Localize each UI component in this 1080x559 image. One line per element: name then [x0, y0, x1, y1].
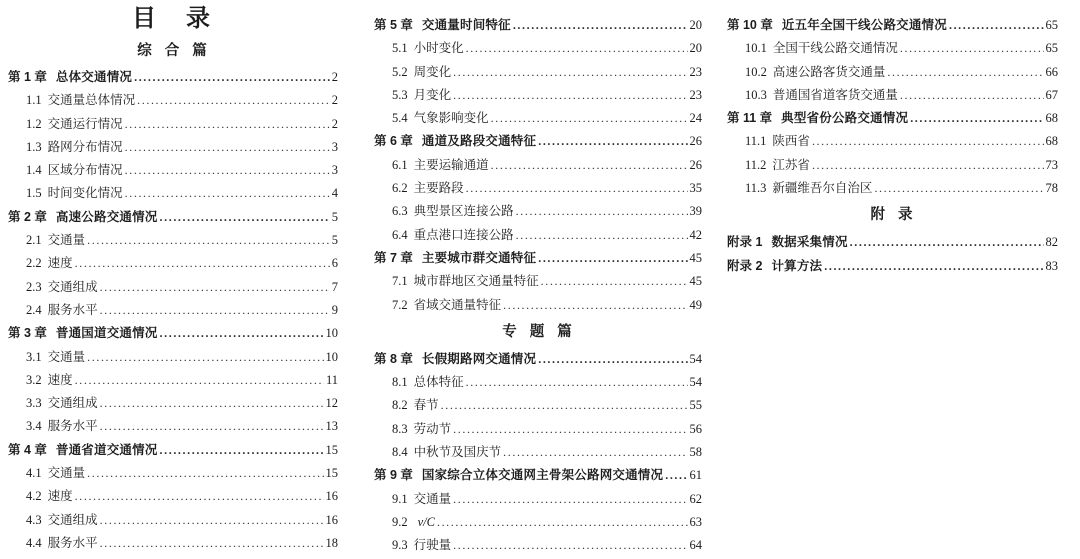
- toc-chapter: 第 2 章高速公路交通情况5: [8, 206, 338, 229]
- toc-appendix: 附录 1数据采集情况82: [727, 231, 1058, 254]
- toc-item-title: 交通组成: [48, 276, 98, 299]
- toc-item-number: 11.1: [745, 130, 766, 153]
- toc-item-number: 9.1: [392, 488, 408, 511]
- dot-leader: [874, 177, 1043, 200]
- toc-item-page-number: 4: [332, 182, 338, 205]
- toc-chapter: 第 5 章交通量时间特征20: [374, 14, 702, 37]
- toc-item-number: 5.3: [392, 84, 408, 107]
- toc-item-title: 普通省道交通情况: [56, 439, 158, 462]
- toc-item-number: 1.5: [26, 182, 42, 205]
- toc-item-number: 8.1: [392, 371, 408, 394]
- section-heading: 专 题 篇: [374, 317, 702, 348]
- dot-leader: [453, 84, 687, 107]
- toc-item-title: 交通量: [48, 229, 86, 252]
- toc-appendix: 附录 2计算方法83: [727, 255, 1058, 278]
- toc-item-page-number: 35: [690, 177, 703, 200]
- toc-item-number: 11.2: [745, 154, 766, 177]
- toc-item-title: 服务水平: [48, 532, 98, 555]
- dot-leader: [812, 154, 1044, 177]
- toc-item-page-number: 10: [326, 322, 339, 345]
- toc-item-number: 第 1 章: [8, 66, 47, 89]
- toc-item-page-number: 24: [690, 107, 703, 130]
- dot-leader: [812, 130, 1044, 153]
- toc-item-page-number: 66: [1046, 61, 1059, 84]
- toc-item-number: 5.2: [392, 61, 408, 84]
- toc-item-page-number: 12: [326, 392, 339, 415]
- dot-leader: [910, 107, 1043, 130]
- toc-item-title: 交通量: [48, 346, 86, 369]
- toc-item-title: 月变化: [414, 84, 452, 107]
- toc-entry: 7.2省域交通量特征49: [374, 294, 702, 317]
- toc-entry: 6.3典型景区连接公路39: [374, 200, 702, 223]
- toc-item-page-number: 61: [690, 464, 703, 487]
- toc-item-number: 6.3: [392, 200, 408, 223]
- toc-entry: 11.2江苏省73: [727, 154, 1058, 177]
- dot-leader: [100, 532, 324, 555]
- toc-item-page-number: 18: [326, 532, 339, 555]
- toc-item-number: 9.3: [392, 534, 408, 557]
- toc-entry: 1.3路网分布情况3: [8, 136, 338, 159]
- toc-item-number: 4.3: [26, 509, 42, 532]
- toc-item-title: 交通量总体情况: [48, 89, 136, 112]
- dot-leader: [491, 107, 688, 130]
- toc-item-title: 全国干线公路交通情况: [773, 37, 898, 60]
- dot-leader: [100, 509, 324, 532]
- toc-item-number: 第 8 章: [374, 348, 413, 371]
- dot-leader: [900, 37, 1044, 60]
- toc-item-number: 3.4: [26, 415, 42, 438]
- toc-item-title: 服务水平: [48, 299, 98, 322]
- dot-leader: [491, 154, 688, 177]
- toc-item-number: 3.1: [26, 346, 42, 369]
- document-title: 目 录: [8, 2, 338, 36]
- section-heading: 综 合 篇: [8, 36, 338, 66]
- toc-item-page-number: 62: [690, 488, 703, 511]
- toc-item-title: 中秋节及国庆节: [414, 441, 502, 464]
- toc-item-title: 计算方法: [771, 255, 822, 278]
- toc-item-title: 速度: [48, 369, 73, 392]
- dot-leader: [125, 136, 330, 159]
- section-heading: 附 录: [727, 200, 1058, 231]
- toc-entry: 4.1交通量15: [8, 462, 338, 485]
- toc-entry: 9.1交通量62: [374, 488, 702, 511]
- toc-item-number: 9.2: [392, 511, 408, 534]
- toc-entry: 6.1主要运输通道26: [374, 154, 702, 177]
- toc-item-number: 第 6 章: [374, 130, 413, 153]
- dot-leader: [125, 159, 330, 182]
- toc-entry: 10.2高速公路客货交通量66: [727, 61, 1058, 84]
- toc-item-number: 8.4: [392, 441, 408, 464]
- toc-item-number: 8.2: [392, 394, 408, 417]
- toc-item-title: 春节: [414, 394, 439, 417]
- toc-item-page-number: 73: [1046, 154, 1059, 177]
- toc-item-page-number: 16: [326, 509, 339, 532]
- toc-item-page-number: 13: [326, 415, 339, 438]
- toc-item-page-number: 78: [1046, 177, 1059, 200]
- toc-entry: 4.2速度16: [8, 485, 338, 508]
- toc-item-title: 主要城市群交通特征: [422, 247, 536, 270]
- toc-item-page-number: 23: [690, 61, 703, 84]
- toc-item-number: 10.2: [745, 61, 767, 84]
- toc-item-title: 总体特征: [414, 371, 464, 394]
- toc-item-page-number: 55: [690, 394, 703, 417]
- toc-item-page-number: 58: [690, 441, 703, 464]
- toc-item-number: 10.3: [745, 84, 767, 107]
- toc-page-3: 第 10 章近五年全国干线公路交通情况6510.1全国干线公路交通情况6510.…: [727, 0, 1058, 278]
- toc-item-number: 第 9 章: [374, 464, 413, 487]
- toc-item-title: 通道及路段交通特征: [422, 130, 536, 153]
- toc-item-number: 4.2: [26, 485, 42, 508]
- toc-item-page-number: 83: [1046, 255, 1059, 278]
- toc-item-number: 1.4: [26, 159, 42, 182]
- dot-leader: [100, 392, 324, 415]
- toc-chapter: 第 4 章普通省道交通情况15: [8, 439, 338, 462]
- toc-item-page-number: 26: [690, 154, 703, 177]
- dot-leader: [134, 66, 330, 89]
- toc-item-page-number: 45: [690, 247, 703, 270]
- dot-leader: [453, 534, 687, 557]
- toc-entry: 9.3行驶量64: [374, 534, 702, 557]
- dot-leader: [887, 61, 1043, 84]
- toc-item-title: 典型省份公路交通情况: [781, 107, 908, 130]
- toc-entry: 3.1交通量10: [8, 346, 338, 369]
- toc-item-title: 普通国道交通情况: [56, 322, 158, 345]
- dot-leader: [75, 252, 330, 275]
- toc-page-1: 目 录综 合 篇第 1 章总体交通情况21.1交通量总体情况21.2交通运行情况…: [8, 0, 338, 555]
- toc-item-number: 1.1: [26, 89, 42, 112]
- toc-item-title: 行驶量: [414, 534, 452, 557]
- dot-leader: [665, 464, 687, 487]
- toc-entry: 2.1交通量5: [8, 229, 338, 252]
- toc-item-page-number: 2: [332, 113, 338, 136]
- toc-item-page-number: 11: [326, 369, 338, 392]
- dot-leader: [824, 255, 1043, 278]
- toc-item-title: 交通量: [414, 488, 452, 511]
- toc-item-title: v/C: [418, 511, 435, 534]
- dot-leader: [503, 441, 687, 464]
- dot-leader: [453, 418, 687, 441]
- toc-entry: 1.2交通运行情况2: [8, 113, 338, 136]
- toc-entry: 3.2速度11: [8, 369, 338, 392]
- toc-item-title: 速度: [48, 485, 73, 508]
- toc-item-number: 2.1: [26, 229, 42, 252]
- toc-item-page-number: 20: [690, 37, 703, 60]
- dot-leader: [466, 37, 688, 60]
- toc-entry: 5.4气象影响变化24: [374, 107, 702, 130]
- toc-entry: 1.5时间变化情况4: [8, 182, 338, 205]
- toc-item-title: 交通运行情况: [48, 113, 123, 136]
- toc-item-number: 1.3: [26, 136, 42, 159]
- dot-leader: [75, 485, 324, 508]
- toc-item-number: 第 3 章: [8, 322, 47, 345]
- toc-entry: 8.3劳动节56: [374, 418, 702, 441]
- dot-leader: [100, 415, 324, 438]
- toc-entry: 5.3月变化23: [374, 84, 702, 107]
- toc-item-page-number: 3: [332, 159, 338, 182]
- toc-item-page-number: 63: [690, 511, 703, 534]
- toc-item-page-number: 68: [1046, 130, 1059, 153]
- toc-item-page-number: 65: [1046, 14, 1059, 37]
- toc-chapter: 第 6 章通道及路段交通特征26: [374, 130, 702, 153]
- dot-leader: [137, 89, 330, 112]
- toc-item-title: 交通组成: [48, 392, 98, 415]
- toc-item-number: 8.3: [392, 418, 408, 441]
- toc-item-page-number: 10: [326, 346, 339, 369]
- toc-chapter: 第 8 章长假期路网交通情况54: [374, 348, 702, 371]
- toc-item-page-number: 45: [690, 270, 703, 293]
- toc-item-page-number: 20: [690, 14, 703, 37]
- toc-item-number: 第 11 章: [727, 107, 772, 130]
- toc-page: 目 录综 合 篇第 1 章总体交通情况21.1交通量总体情况21.2交通运行情况…: [0, 0, 1080, 559]
- toc-entry: 8.1总体特征54: [374, 371, 702, 394]
- toc-item-title: 速度: [48, 252, 73, 275]
- dot-leader: [513, 14, 688, 37]
- toc-item-title: 交通量时间特征: [422, 14, 511, 37]
- toc-item-page-number: 64: [690, 534, 703, 557]
- toc-item-number: 第 2 章: [8, 206, 47, 229]
- toc-item-page-number: 65: [1046, 37, 1059, 60]
- dot-leader: [466, 371, 688, 394]
- toc-entry: 1.4区域分布情况3: [8, 159, 338, 182]
- toc-item-number: 第 4 章: [8, 439, 47, 462]
- dot-leader: [160, 322, 324, 345]
- toc-item-page-number: 54: [690, 348, 703, 371]
- toc-item-title: 区域分布情况: [48, 159, 123, 182]
- toc-entry: 9.2v/C63: [374, 511, 702, 534]
- toc-item-number: 2.2: [26, 252, 42, 275]
- toc-item-number: 5.1: [392, 37, 408, 60]
- dot-leader: [75, 369, 324, 392]
- toc-item-title: 数据采集情况: [771, 231, 847, 254]
- toc-entry: 1.1交通量总体情况2: [8, 89, 338, 112]
- toc-item-page-number: 56: [690, 418, 703, 441]
- toc-item-title: 气象影响变化: [414, 107, 489, 130]
- toc-item-page-number: 26: [690, 130, 703, 153]
- toc-item-number: 5.4: [392, 107, 408, 130]
- toc-item-page-number: 2: [332, 89, 338, 112]
- toc-item-number: 第 7 章: [374, 247, 413, 270]
- toc-item-page-number: 42: [690, 224, 703, 247]
- toc-item-page-number: 39: [690, 200, 703, 223]
- toc-item-number: 6.2: [392, 177, 408, 200]
- toc-entry: 2.2速度6: [8, 252, 338, 275]
- toc-item-number: 第 5 章: [374, 14, 413, 37]
- toc-item-title: 时间变化情况: [48, 182, 123, 205]
- toc-entry: 6.2主要路段35: [374, 177, 702, 200]
- toc-item-page-number: 5: [332, 206, 338, 229]
- toc-item-title: 小时变化: [414, 37, 464, 60]
- toc-item-title: 典型景区连接公路: [414, 200, 514, 223]
- toc-item-page-number: 15: [326, 462, 339, 485]
- toc-item-title: 周变化: [414, 61, 452, 84]
- toc-item-title: 城市群地区交通量特征: [414, 270, 539, 293]
- toc-item-page-number: 68: [1046, 107, 1059, 130]
- toc-item-title: 国家综合立体交通网主骨架公路网交通情况: [422, 464, 663, 487]
- toc-item-number: 11.3: [745, 177, 766, 200]
- toc-item-page-number: 23: [690, 84, 703, 107]
- toc-item-page-number: 16: [326, 485, 339, 508]
- toc-item-number: 2.4: [26, 299, 42, 322]
- dot-leader: [516, 200, 688, 223]
- toc-entry: 8.2春节55: [374, 394, 702, 417]
- dot-leader: [538, 130, 687, 153]
- toc-item-page-number: 67: [1046, 84, 1059, 107]
- dot-leader: [541, 270, 688, 293]
- dot-leader: [160, 439, 324, 462]
- toc-entry: 2.3交通组成7: [8, 276, 338, 299]
- toc-chapter: 第 11 章典型省份公路交通情况68: [727, 107, 1058, 130]
- toc-item-title: 陕西省: [772, 130, 810, 153]
- toc-entry: 7.1城市群地区交通量特征45: [374, 270, 702, 293]
- toc-chapter: 第 7 章主要城市群交通特征45: [374, 247, 702, 270]
- toc-item-title: 高速公路客货交通量: [773, 61, 886, 84]
- toc-item-number: 6.1: [392, 154, 408, 177]
- toc-item-page-number: 7: [332, 276, 338, 299]
- dot-leader: [87, 346, 323, 369]
- toc-item-page-number: 15: [326, 439, 339, 462]
- toc-item-page-number: 2: [332, 66, 338, 89]
- toc-item-page-number: 5: [332, 229, 338, 252]
- toc-item-title: 交通组成: [48, 509, 98, 532]
- dot-leader: [538, 348, 687, 371]
- toc-item-title: 新疆维吾尔自治区: [772, 177, 872, 200]
- dot-leader: [538, 247, 687, 270]
- toc-item-page-number: 9: [332, 299, 338, 322]
- toc-entry: 2.4服务水平9: [8, 299, 338, 322]
- toc-item-title: 重点港口连接公路: [414, 224, 514, 247]
- dot-leader: [87, 229, 330, 252]
- toc-entry: 11.3新疆维吾尔自治区78: [727, 177, 1058, 200]
- toc-entry: 3.3交通组成12: [8, 392, 338, 415]
- toc-item-number: 2.3: [26, 276, 42, 299]
- toc-item-page-number: 54: [690, 371, 703, 394]
- toc-chapter: 第 1 章总体交通情况2: [8, 66, 338, 89]
- toc-item-title: 主要运输通道: [414, 154, 489, 177]
- toc-entry: 5.1小时变化20: [374, 37, 702, 60]
- toc-item-number: 4.1: [26, 462, 42, 485]
- dot-leader: [125, 182, 330, 205]
- dot-leader: [100, 276, 330, 299]
- toc-item-number: 3.2: [26, 369, 42, 392]
- toc-entry: 4.4服务水平18: [8, 532, 338, 555]
- toc-entry: 3.4服务水平13: [8, 415, 338, 438]
- dot-leader: [503, 294, 687, 317]
- toc-item-page-number: 6: [332, 252, 338, 275]
- toc-item-title: 江苏省: [772, 154, 810, 177]
- dot-leader: [441, 394, 688, 417]
- toc-entry: 10.3普通国省道客货交通量67: [727, 84, 1058, 107]
- dot-leader: [125, 113, 330, 136]
- dot-leader: [900, 84, 1044, 107]
- toc-item-number: 3.3: [26, 392, 42, 415]
- dot-leader: [466, 177, 688, 200]
- toc-item-number: 附录 2: [727, 255, 762, 278]
- toc-entry: 4.3交通组成16: [8, 509, 338, 532]
- toc-item-title: 交通量: [48, 462, 86, 485]
- toc-item-number: 1.2: [26, 113, 42, 136]
- toc-item-title: 近五年全国干线公路交通情况: [782, 14, 947, 37]
- toc-item-number: 10.1: [745, 37, 767, 60]
- toc-item-title: 高速公路交通情况: [56, 206, 158, 229]
- toc-item-page-number: 3: [332, 136, 338, 159]
- toc-item-number: 4.4: [26, 532, 42, 555]
- toc-item-number: 7.1: [392, 270, 408, 293]
- toc-item-title: 劳动节: [414, 418, 452, 441]
- toc-item-number: 附录 1: [727, 231, 762, 254]
- toc-page-2: 第 5 章交通量时间特征205.1小时变化205.2周变化235.3月变化235…: [374, 0, 702, 558]
- toc-item-title: 长假期路网交通情况: [422, 348, 536, 371]
- dot-leader: [160, 206, 330, 229]
- dot-leader: [850, 231, 1044, 254]
- dot-leader: [516, 224, 688, 247]
- toc-item-title: 路网分布情况: [48, 136, 123, 159]
- dot-leader: [453, 61, 687, 84]
- toc-entry: 8.4中秋节及国庆节58: [374, 441, 702, 464]
- dot-leader: [949, 14, 1044, 37]
- toc-entry: 6.4重点港口连接公路42: [374, 224, 702, 247]
- toc-item-title: 总体交通情况: [56, 66, 132, 89]
- dot-leader: [100, 299, 330, 322]
- dot-leader: [87, 462, 323, 485]
- toc-item-number: 第 10 章: [727, 14, 773, 37]
- toc-entry: 10.1全国干线公路交通情况65: [727, 37, 1058, 60]
- toc-entry: 11.1陕西省68: [727, 130, 1058, 153]
- toc-item-title: 服务水平: [48, 415, 98, 438]
- toc-entry: 5.2周变化23: [374, 61, 702, 84]
- dot-leader: [437, 511, 688, 534]
- toc-item-title: 普通国省道客货交通量: [773, 84, 898, 107]
- toc-item-title: 主要路段: [414, 177, 464, 200]
- toc-item-title: 省域交通量特征: [414, 294, 502, 317]
- toc-chapter: 第 9 章国家综合立体交通网主骨架公路网交通情况61: [374, 464, 702, 487]
- toc-chapter: 第 3 章普通国道交通情况10: [8, 322, 338, 345]
- toc-item-page-number: 49: [690, 294, 703, 317]
- toc-item-page-number: 82: [1046, 231, 1059, 254]
- dot-leader: [453, 488, 687, 511]
- toc-chapter: 第 10 章近五年全国干线公路交通情况65: [727, 14, 1058, 37]
- toc-item-number: 6.4: [392, 224, 408, 247]
- toc-item-number: 7.2: [392, 294, 408, 317]
